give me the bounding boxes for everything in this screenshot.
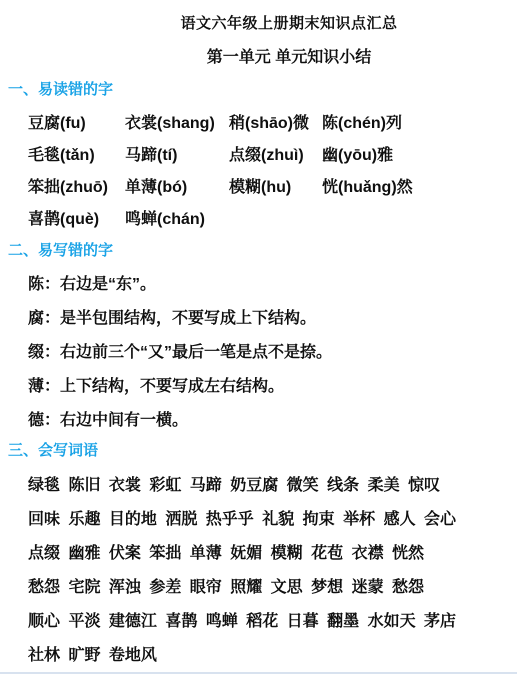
word-item: 点缀(zhuì): [229, 148, 322, 180]
section-heading-miswritten-characters: 二、易写错的字: [8, 243, 113, 259]
word-item: 模糊(hu): [229, 180, 322, 212]
section-heading-writable-words: 三、会写词语: [8, 443, 98, 459]
section-heading-misread-characters: 一、易读错的字: [8, 82, 113, 98]
word-item: 毛毯(tǎn): [28, 148, 125, 180]
document-page: 语文六年级上册期末知识点汇总 第一单元 单元知识小结 一、易读错的字 豆腐(fu…: [0, 0, 517, 678]
word-item: 喜鹊(què): [28, 212, 125, 244]
word-line: 绿毯 陈旧 衣裳 彩虹 马蹄 奶豆腐 微笑 线条 柔美 惊叹: [28, 477, 456, 511]
word-item: 笨拙(zhuō): [28, 180, 125, 212]
miswrite-note: 陈：右边是“东”。: [28, 277, 332, 311]
miswrite-note: 腐：是半包围结构，不要写成上下结构。: [28, 311, 332, 345]
unit-subtitle: 第一单元 单元知识小结: [207, 50, 371, 66]
word-item: 幽(yōu)雅: [322, 148, 413, 180]
word-line: 顺心 平淡 建德江 喜鹊 鸣蝉 稻花 日暮 翻墨 水如天 茅店: [28, 613, 456, 647]
word-line: 点缀 幽雅 伏案 笨拙 单薄 妩媚 模糊 花苞 衣襟 恍然: [28, 545, 456, 579]
word-line: 回味 乐趣 目的地 洒脱 热乎乎 礼貌 拘束 举杯 感人 会心: [28, 511, 456, 545]
page-title: 语文六年级上册期末知识点汇总: [180, 16, 397, 32]
word-item: 鸣蝉(chán): [125, 212, 229, 244]
word-item: 单薄(bó): [125, 180, 229, 212]
writable-words-list: 绿毯 陈旧 衣裳 彩虹 马蹄 奶豆腐 微笑 线条 柔美 惊叹 回味 乐趣 目的地…: [28, 477, 456, 678]
word-item: 豆腐(fu): [28, 116, 125, 148]
word-item: 陈(chén)列: [322, 116, 413, 148]
word-item: 衣裳(shang): [125, 116, 229, 148]
word-line: 愁怨 宅院 浑浊 参差 眼帘 照耀 文思 梦想 迷蒙 愁怨: [28, 579, 456, 613]
word-item: 恍(huǎng)然: [322, 180, 413, 212]
word-item: 稍(shāo)微: [229, 116, 322, 148]
bottom-divider: [0, 672, 517, 674]
miswrite-note: 缀：右边前三个“又”最后一笔是点不是捺。: [28, 345, 332, 379]
miswrite-note: 薄：上下结构，不要写成左右结构。: [28, 379, 332, 413]
miswrite-notes-list: 陈：右边是“东”。 腐：是半包围结构，不要写成上下结构。 缀：右边前三个“又”最…: [28, 277, 332, 447]
misread-words-grid: 豆腐(fu) 衣裳(shang) 稍(shāo)微 陈(chén)列 毛毯(tǎ…: [28, 116, 413, 244]
word-item: 马蹄(tí): [125, 148, 229, 180]
